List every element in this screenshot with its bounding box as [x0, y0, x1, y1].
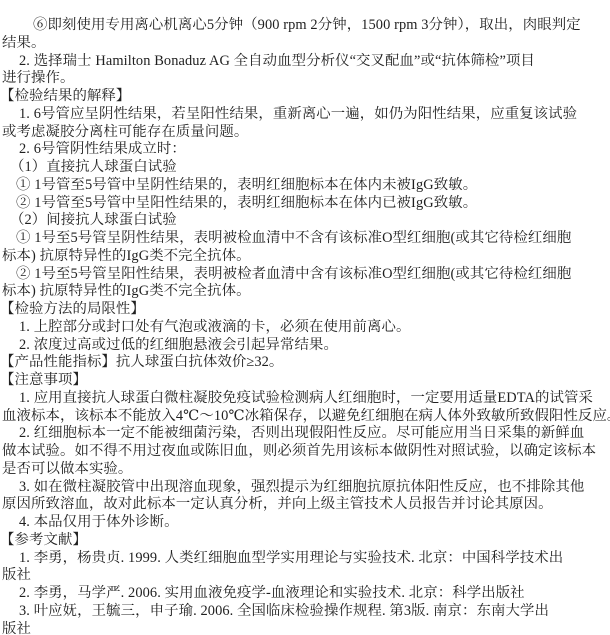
- text-line: （2）间接抗人球蛋白试验: [0, 212, 608, 230]
- text-line: 3. 如在微柱凝胶管中出现溶血现象，强烈提示为红细胞抗原抗体阳性反应，也不排除其…: [0, 479, 608, 497]
- text-line: 2. 6号管阴性结果成立时：: [0, 141, 608, 159]
- text-lines: ⑥即刻使用专用离心机离心5分钟（900 rpm 2分钟，1500 rpm 3分钟…: [0, 17, 608, 635]
- text-line: 做本试验。如不得不用过夜血或陈旧血，则必须首先用该标本做阴性对照试验，以确定该标…: [0, 443, 608, 461]
- text-line: 血液标本，该标本不能放入4℃～10℃冰箱保存，以避免红细胞在病人体外致敏所致假阳…: [0, 408, 608, 426]
- text-line: 【注意事项】: [0, 372, 608, 390]
- text-line: ② 1号至5号管呈阳性结果，表明被检者血清中含有该标准O型红细胞(或其它待检红细…: [0, 266, 608, 284]
- text-line: 【产品性能指标】抗人球蛋白抗体效价≥32。: [0, 354, 608, 372]
- text-line: 版社: [0, 567, 608, 585]
- text-line: 1. 6号管应呈阴性结果，若呈阳性结果，重新离心一遍，如仍为阳性结果，应重复该试…: [0, 106, 608, 124]
- text-line: 4. 本品仅用于体外诊断。: [0, 514, 608, 532]
- text-line: 标本) 抗原特异性的IgG类不完全抗体。: [0, 283, 608, 301]
- text-line: 1. 李勇，杨贵贞. 1999. 人类红细胞血型学实用理论与实验技术. 北京：中…: [0, 550, 608, 568]
- text-line: 进行操作。: [0, 70, 608, 88]
- text-line: 是否可以做本实验。: [0, 461, 608, 479]
- text-line: ② 1号管至5号管中呈阳性结果的，表明红细胞标本在体内已被IgG致敏。: [0, 195, 608, 213]
- text-line: ① 1号至5号管呈阴性结果，表明被检血清中不含有该标准O型红细胞(或其它待检红细…: [0, 230, 608, 248]
- text-line: ⑥即刻使用专用离心机离心5分钟（900 rpm 2分钟，1500 rpm 3分钟…: [0, 17, 608, 35]
- text-line: 2. 浓度过高或过低的红细胞悬液会引起异常结果。: [0, 337, 608, 355]
- text-line: 3. 叶应妩，王毓三，申子瑜. 2006. 全国临床检验操作规程. 第3版. 南…: [0, 603, 608, 621]
- document-page: ⑥即刻使用专用离心机离心5分钟（900 rpm 2分钟，1500 rpm 3分钟…: [0, 0, 610, 635]
- text-line: 或考虑凝胶分离柱可能存在质量问题。: [0, 124, 608, 142]
- text-line: 【检验方法的局限性】: [0, 301, 608, 319]
- text-line: 版社: [0, 621, 608, 635]
- text-line: 标本) 抗原特异性的IgG类不完全抗体。: [0, 248, 608, 266]
- text-line: 2. 选择瑞士 Hamilton Bonaduz AG 全自动血型分析仪“交叉配…: [0, 53, 608, 71]
- text-line: 2. 李勇，马学严. 2006. 实用血液免疫学-血液理论和实验技术. 北京：科…: [0, 585, 608, 603]
- text-line: 2. 红细胞标本一定不能被细菌污染，否则出现假阳性反应。尽可能应用当日采集的新鲜…: [0, 425, 608, 443]
- text-line: （1）直接抗人球蛋白试验: [0, 159, 608, 177]
- text-line: 原因所致溶血，故对此标本一定认真分析，并向上级主管技术人员报告并讨论其原因。: [0, 496, 608, 514]
- text-line: ① 1号管至5号管中呈阴性结果的，表明红细胞标本在体内未被IgG致敏。: [0, 177, 608, 195]
- text-line: 结果。: [0, 35, 608, 53]
- text-line: 1. 应用直接抗人球蛋白微柱凝胶免疫试验检测病人红细胞时，一定要用适量EDTA的…: [0, 390, 608, 408]
- text-line: 1. 上腔部分或封口处有气泡或液滴的卡，必须在使用前离心。: [0, 319, 608, 337]
- text-line: 【参考文献】: [0, 532, 608, 550]
- text-line: 【检验结果的解释】: [0, 88, 608, 106]
